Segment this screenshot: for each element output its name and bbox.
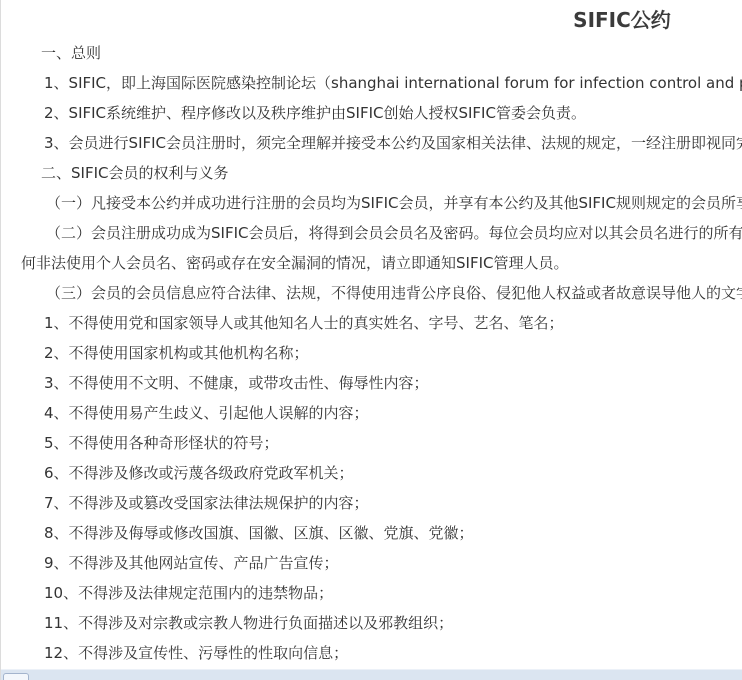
doc-line-wrap: 何非法使用个人会员名、密码或存在安全漏洞的情况，请立即通知SIFIC管理人员。 — [1, 248, 742, 278]
doc-line: 3、不得使用不文明、不健康，或带攻击性、侮辱性内容； — [1, 368, 742, 398]
page-title: SIFIC公约 — [1, 0, 742, 38]
scrollbar-button[interactable] — [3, 673, 29, 680]
doc-line: 8、不得涉及侮辱或修改国旗、国徽、区旗、区徽、党旗、党徽； — [1, 518, 742, 548]
doc-line: 3、会员进行SIFIC会员注册时，须完全理解并接受本公约及国家相关法律、法规的规… — [1, 128, 742, 158]
doc-line: 1、SIFIC，即上海国际医院感染控制论坛（shanghai internati… — [1, 68, 742, 98]
doc-line: 1、不得使用党和国家领导人或其他知名人士的真实姓名、字号、艺名、笔名； — [1, 308, 742, 338]
doc-line: 6、不得涉及修改或污蔑各级政府党政军机关； — [1, 458, 742, 488]
doc-line: 11、不得涉及对宗教或宗教人物进行负面描述以及邪教组织； — [1, 608, 742, 638]
doc-line: 12、不得涉及宣传性、污辱性的性取向信息； — [1, 638, 742, 668]
doc-line: （一）凡接受本公约并成功进行注册的会员均为SIFIC会员，并享有本公约及其他SI… — [1, 188, 742, 218]
doc-line: 4、不得使用易产生歧义、引起他人误解的内容； — [1, 398, 742, 428]
doc-line: 7、不得涉及或篡改受国家法律法规保护的内容； — [1, 488, 742, 518]
section-heading: 二、SIFIC会员的权利与义务 — [1, 158, 742, 188]
doc-line: 9、不得涉及其他网站宣传、产品广告宣传； — [1, 548, 742, 578]
doc-line: （二）会员注册成功成为SIFIC会员后，将得到会员会员名及密码。每位会员均应对以… — [1, 218, 742, 248]
document-content: SIFIC公约 一、总则 1、SIFIC，即上海国际医院感染控制论坛（shang… — [1, 0, 742, 668]
doc-line: 2、不得使用国家机构或其他机构名称； — [1, 338, 742, 368]
horizontal-scrollbar[interactable] — [1, 669, 742, 680]
document-viewport: SIFIC公约 一、总则 1、SIFIC，即上海国际医院感染控制论坛（shang… — [0, 0, 742, 680]
doc-line: （三）会员的会员信息应符合法律、法规，不得使用违背公序良俗、侵犯他人权益或者故意… — [1, 278, 742, 308]
doc-line: 2、SIFIC系统维护、程序修改以及秩序维护由SIFIC创始人授权SIFIC管委… — [1, 98, 742, 128]
section-heading: 一、总则 — [1, 38, 742, 68]
doc-line: 10、不得涉及法律规定范围内的违禁物品； — [1, 578, 742, 608]
doc-line: 5、不得使用各种奇形怪状的符号； — [1, 428, 742, 458]
